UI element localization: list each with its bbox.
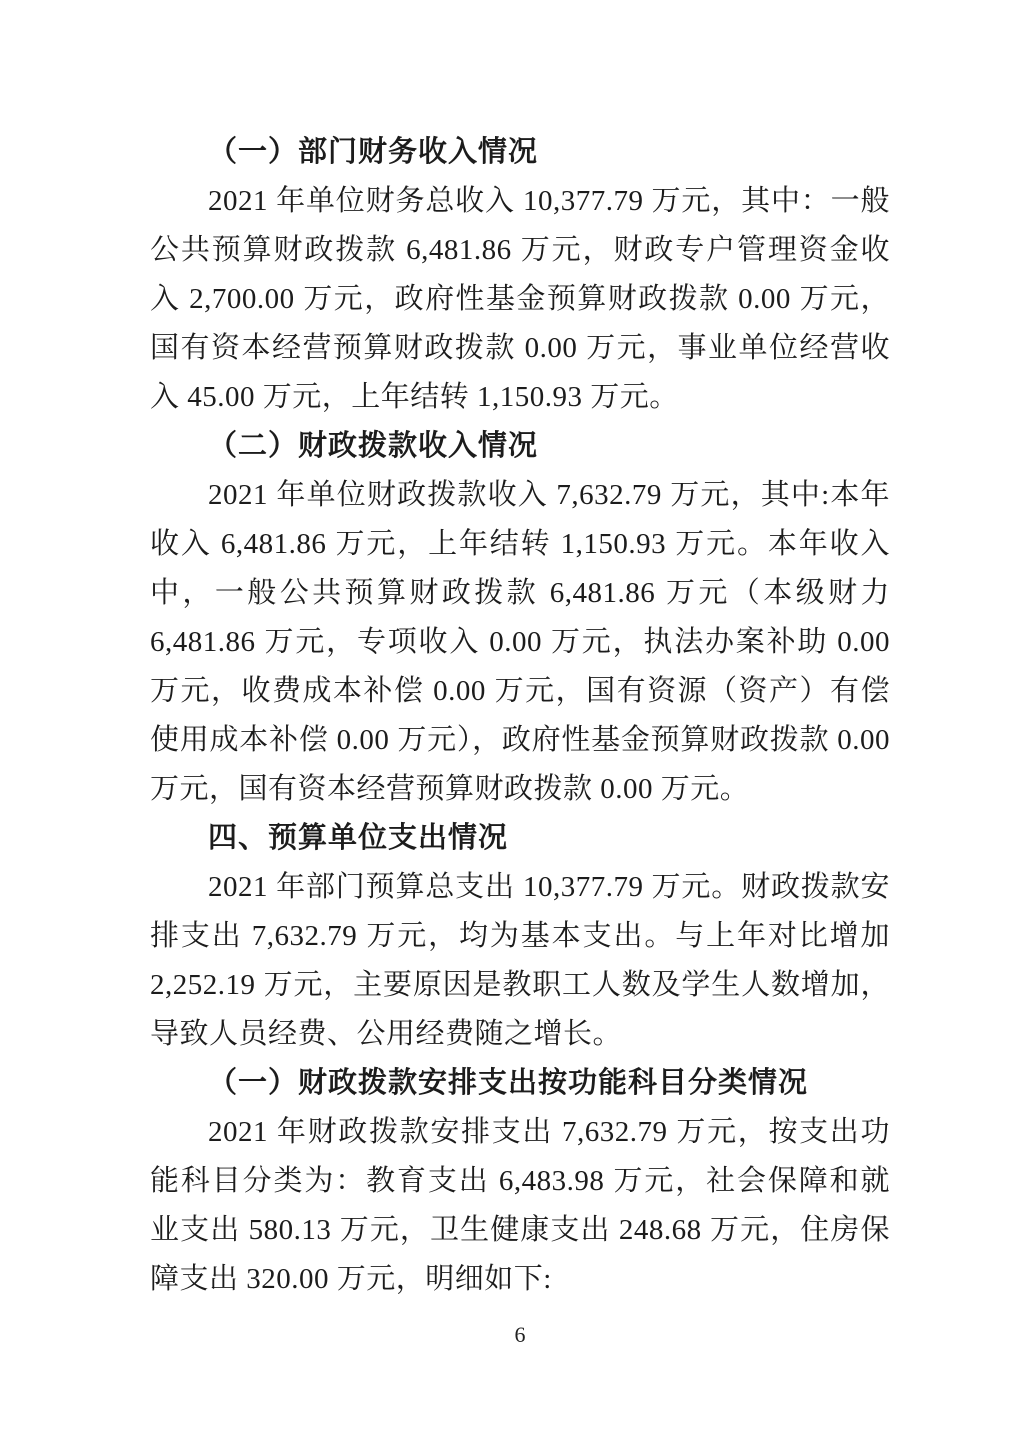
page-number: 6 [150,1322,890,1348]
heading-expenditure-by-function: （一）财政拨款安排支出按功能科目分类情况 [150,1059,890,1108]
para-fiscal-appropriation-income: 2021 年单位财政拨款收入 7,632.79 万元，其中:本年收入 6,481… [150,471,890,814]
para-budget-unit-expenditure: 2021 年部门预算总支出 10,377.79 万元。财政拨款安排支出 7,63… [150,863,890,1059]
para-expenditure-by-function: 2021 年财政拨款安排支出 7,632.79 万元，按支出功能科目分类为：教育… [150,1108,890,1304]
document-body: （一）部门财务收入情况 2021 年单位财务总收入 10,377.79 万元，其… [150,128,890,1304]
heading-budget-unit-expenditure: 四、预算单位支出情况 [150,814,890,863]
heading-dept-finance-income: （一）部门财务收入情况 [150,128,890,177]
heading-fiscal-appropriation-income: （二）财政拨款收入情况 [150,422,890,471]
para-dept-finance-income: 2021 年单位财务总收入 10,377.79 万元，其中：一般公共预算财政拨款… [150,177,890,422]
document-page: （一）部门财务收入情况 2021 年单位财务总收入 10,377.79 万元，其… [0,0,1024,1448]
